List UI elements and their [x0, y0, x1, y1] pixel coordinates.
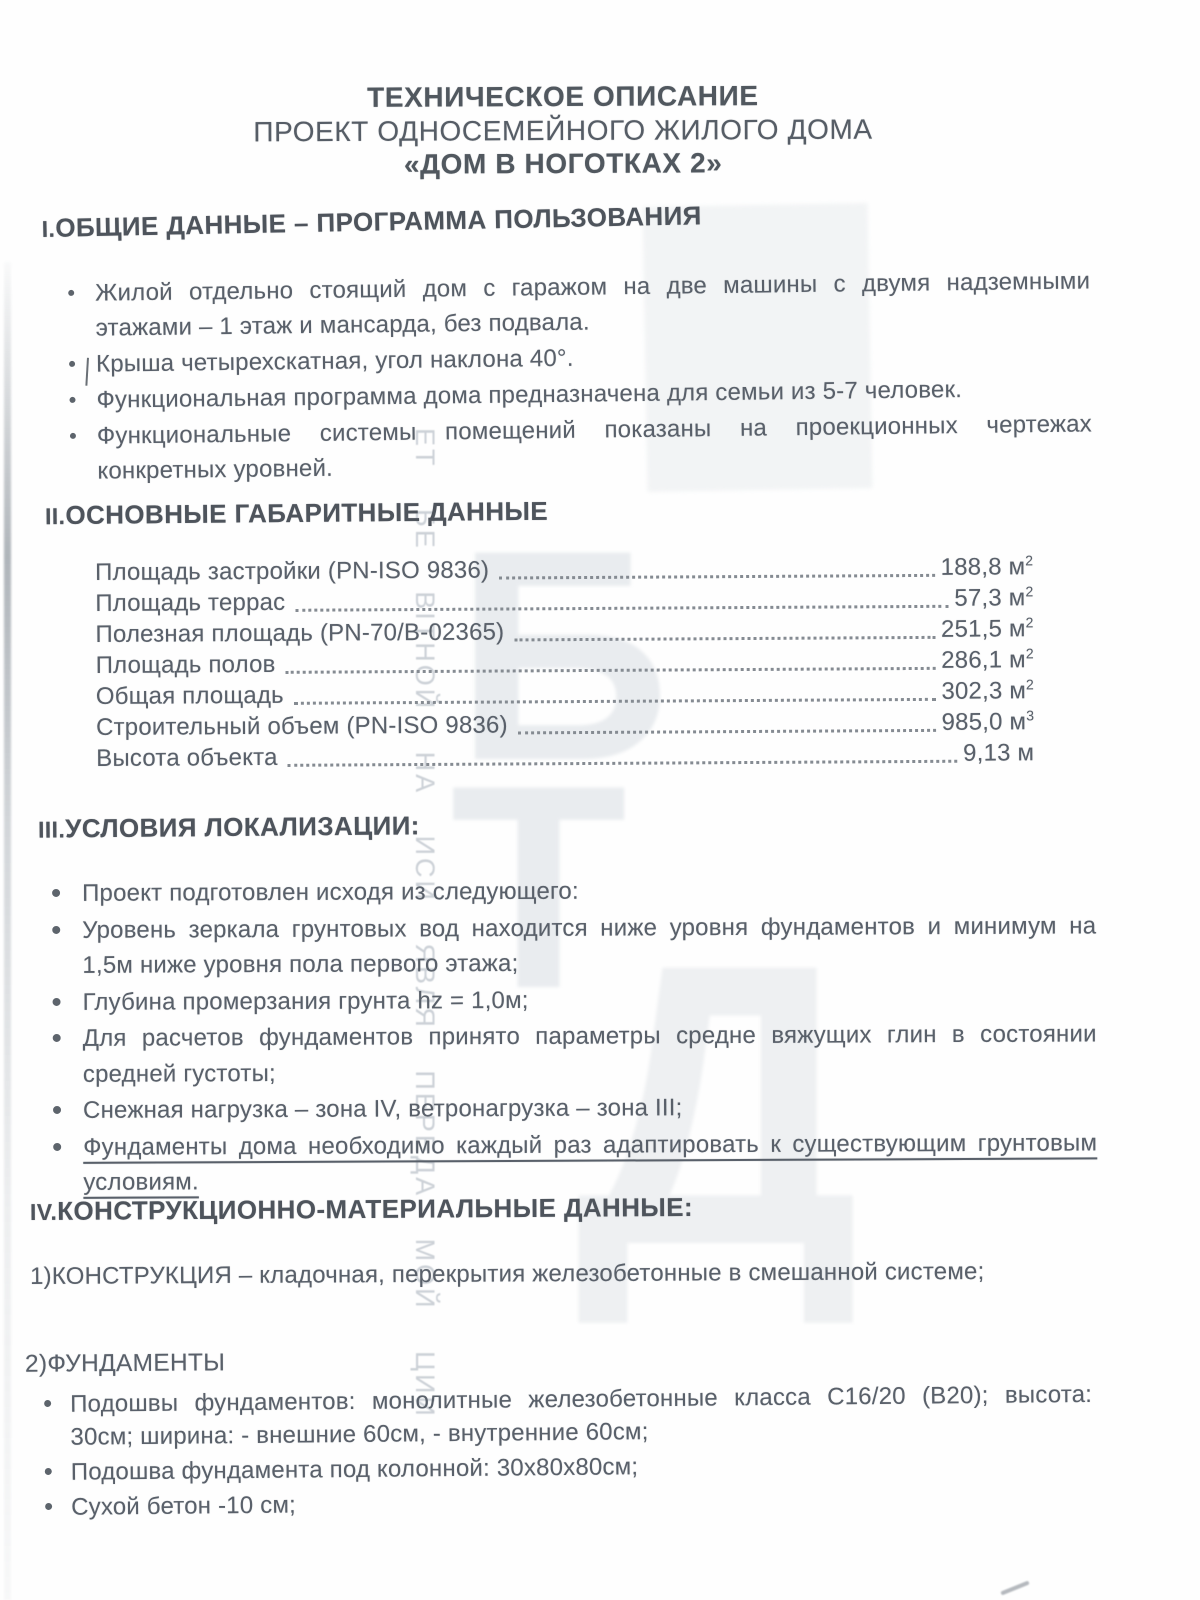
list-item: Уровень зеркала грунтовых вод находится …	[48, 908, 1096, 984]
list-item: Функциональные системы помещений показан…	[67, 406, 1093, 489]
list-item: Жилой отдельно стоящий дом с гаражом на …	[65, 263, 1091, 346]
title-line-1: ТЕХНИЧЕСКОЕ ОПИСАНИЕ	[0, 78, 1126, 116]
bullet-dot	[69, 397, 75, 403]
dotted-leader	[514, 636, 935, 642]
title-line-2: ПРОЕКТ ОДНОСЕМЕЙНОГО ЖИЛОГО ДОМА	[0, 111, 1126, 149]
bullet-dot	[53, 1106, 61, 1114]
foundations-subheading: 2)ФУНДАМЕНТЫ	[25, 1349, 225, 1378]
bullet-dot	[70, 433, 76, 439]
dotted-leader	[288, 760, 958, 767]
bullet-dot	[53, 1034, 61, 1042]
dimensions-table: Площадь застройки (PN-ISO 9836) 188,8 м2…	[95, 552, 1034, 775]
section-general-bullets: Жилой отдельно стоящий дом с гаражом на …	[65, 263, 1093, 490]
table-value: 9,13 м	[963, 738, 1034, 767]
list-item: Подошвы фундаментов: монолитные железобе…	[42, 1378, 1093, 1454]
section-dimensions-heading: II.ОСНОВНЫЕ ГАБАРИТНЫЕ ДАННЫЕ	[45, 496, 548, 531]
table-value: 188,8 м2	[941, 552, 1034, 582]
list-item: Глубина промерзания грунта hz = 1,0м;	[48, 980, 1096, 1020]
table-row: Высота объекта 9,13 м	[96, 738, 1034, 775]
dotted-leader	[286, 667, 936, 674]
section-number: IV.	[30, 1199, 57, 1225]
dotted-leader	[518, 729, 936, 735]
construction-item-1: 1)КОНСТРУКЦИЯ – кладочная, перекрытия же…	[30, 1254, 1088, 1293]
bullet-dot	[52, 925, 60, 933]
table-value: 302,3 м2	[941, 676, 1034, 706]
bullet-dot	[69, 361, 75, 367]
table-value: 985,0 м3	[941, 707, 1034, 737]
dotted-leader	[295, 605, 948, 612]
section-construction-heading: IV.КОНСТРУКЦИОННО-МАТЕРИАЛЬНЫЕ ДАННЫЕ:	[30, 1192, 693, 1227]
section-title: ОСНОВНЫЕ ГАБАРИТНЫЕ ДАННЫЕ	[65, 496, 548, 530]
dotted-leader	[294, 698, 936, 705]
foundations-bullets: Подошвы фундаментов: монолитные железобе…	[42, 1378, 1093, 1526]
section-number: I.	[41, 216, 55, 242]
section-localization-heading: III.УСЛОВИЯ ЛОКАЛИЗАЦИИ:	[38, 810, 420, 844]
bullet-dot	[52, 889, 60, 897]
section-number: III.	[38, 816, 65, 842]
dotted-leader	[499, 574, 934, 580]
list-item: Снежная нагрузка – зона IV, ветронагрузк…	[49, 1088, 1097, 1128]
list-item: Проект подготовлен исходя из следующего:	[48, 871, 1096, 911]
section-title: КОНСТРУКЦИОННО-МАТЕРИАЛЬНЫЕ ДАННЫЕ:	[57, 1192, 693, 1226]
list-item: Фундаменты дома необходимо каждый раз ад…	[49, 1125, 1097, 1201]
section-title: ОБЩИЕ ДАННЫЕ – ПРОГРАММА ПОЛЬЗОВАНИЯ	[55, 200, 702, 242]
table-value: 251,5 м2	[941, 614, 1034, 644]
bullet-dot	[53, 997, 61, 1005]
scanned-document-page: Б Т Д ЕТ БЕ ВІТНОЙ НА ИСИ ЯВЛЯ ПЕРЕДА МО…	[0, 0, 1200, 1600]
bullet-dot	[53, 1142, 61, 1150]
underlined-note: Фундаменты дома необходимо каждый раз ад…	[83, 1129, 1097, 1196]
title-line-3: «ДОМ В НОГОТКАХ 2»	[0, 145, 1126, 183]
section-general-heading: I.ОБЩИЕ ДАННЫЕ – ПРОГРАММА ПОЛЬЗОВАНИЯ	[41, 200, 702, 244]
section-number: II.	[45, 503, 66, 529]
document-title: ТЕХНИЧЕСКОЕ ОПИСАНИЕ ПРОЕКТ ОДНОСЕМЕЙНОГ…	[0, 78, 1126, 183]
bullet-dot	[45, 1468, 52, 1475]
table-value: 286,1 м2	[941, 645, 1034, 675]
bullet-dot	[45, 1503, 52, 1510]
section-localization-bullets: Проект подготовлен исходя из следующего:…	[48, 871, 1097, 1201]
bullet-dot	[68, 290, 74, 296]
bullet-dot	[44, 1400, 51, 1407]
section-title: УСЛОВИЯ ЛОКАЛИЗАЦИИ:	[65, 810, 420, 843]
document-content: ТЕХНИЧЕСКОЕ ОПИСАНИЕ ПРОЕКТ ОДНОСЕМЕЙНОГ…	[0, 0, 1200, 1600]
list-item: Для расчетов фундаментов принято парамет…	[49, 1016, 1097, 1092]
table-value: 57,3 м2	[954, 583, 1033, 612]
